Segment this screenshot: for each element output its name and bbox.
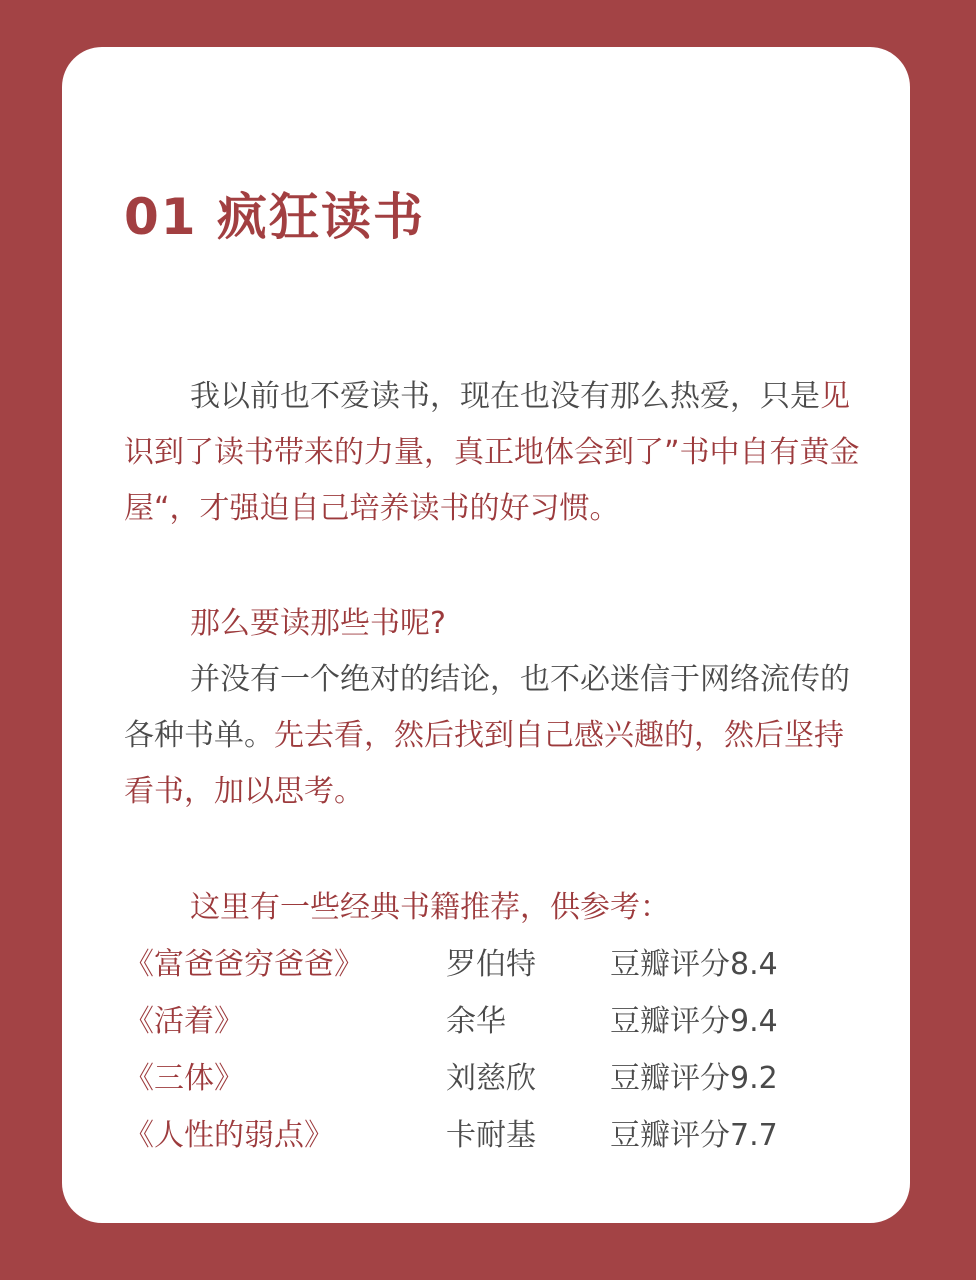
page-title: 01 疯狂读书	[124, 187, 425, 247]
book-rating: 豆瓣评分9.4	[610, 993, 778, 1050]
book-title: 《富爸爸穷爸爸》	[124, 936, 446, 993]
book-row: 《人性的弱点》 卡耐基 豆瓣评分7.7	[124, 1107, 864, 1164]
book-row: 《富爸爸穷爸爸》 罗伯特 豆瓣评分8.4	[124, 936, 864, 993]
content-card: 01 疯狂读书 我以前也不爱读书，现在也没有那么热爱，只是见识到了读书带来的力量…	[62, 47, 910, 1223]
intro-paragraph: 我以前也不爱读书，现在也没有那么热爱，只是见识到了读书带来的力量，真正地体会到了…	[124, 369, 864, 537]
book-author: 罗伯特	[446, 936, 610, 993]
advice-paragraph: 并没有一个绝对的结论，也不必迷信于网络流传的各种书单。先去看，然后找到自己感兴趣…	[124, 652, 864, 820]
question-heading: 那么要读那些书呢?	[124, 596, 864, 652]
book-title: 《三体》	[124, 1050, 446, 1107]
book-row: 《活着》 余华 豆瓣评分9.4	[124, 993, 864, 1050]
book-rating: 豆瓣评分7.7	[610, 1107, 778, 1164]
recommend-intro: 这里有一些经典书籍推荐，供参考：	[124, 880, 864, 936]
book-author: 余华	[446, 993, 610, 1050]
book-list: 《富爸爸穷爸爸》 罗伯特 豆瓣评分8.4 《活着》 余华 豆瓣评分9.4 《三体…	[124, 936, 864, 1164]
book-title: 《人性的弱点》	[124, 1107, 446, 1164]
intro-text: 我以前也不爱读书，现在也没有那么热爱，只是	[190, 379, 820, 414]
book-title: 《活着》	[124, 993, 446, 1050]
book-rating: 豆瓣评分9.2	[610, 1050, 778, 1107]
book-author: 刘慈欣	[446, 1050, 610, 1107]
book-rating: 豆瓣评分8.4	[610, 936, 778, 993]
book-row: 《三体》 刘慈欣 豆瓣评分9.2	[124, 1050, 864, 1107]
book-author: 卡耐基	[446, 1107, 610, 1164]
